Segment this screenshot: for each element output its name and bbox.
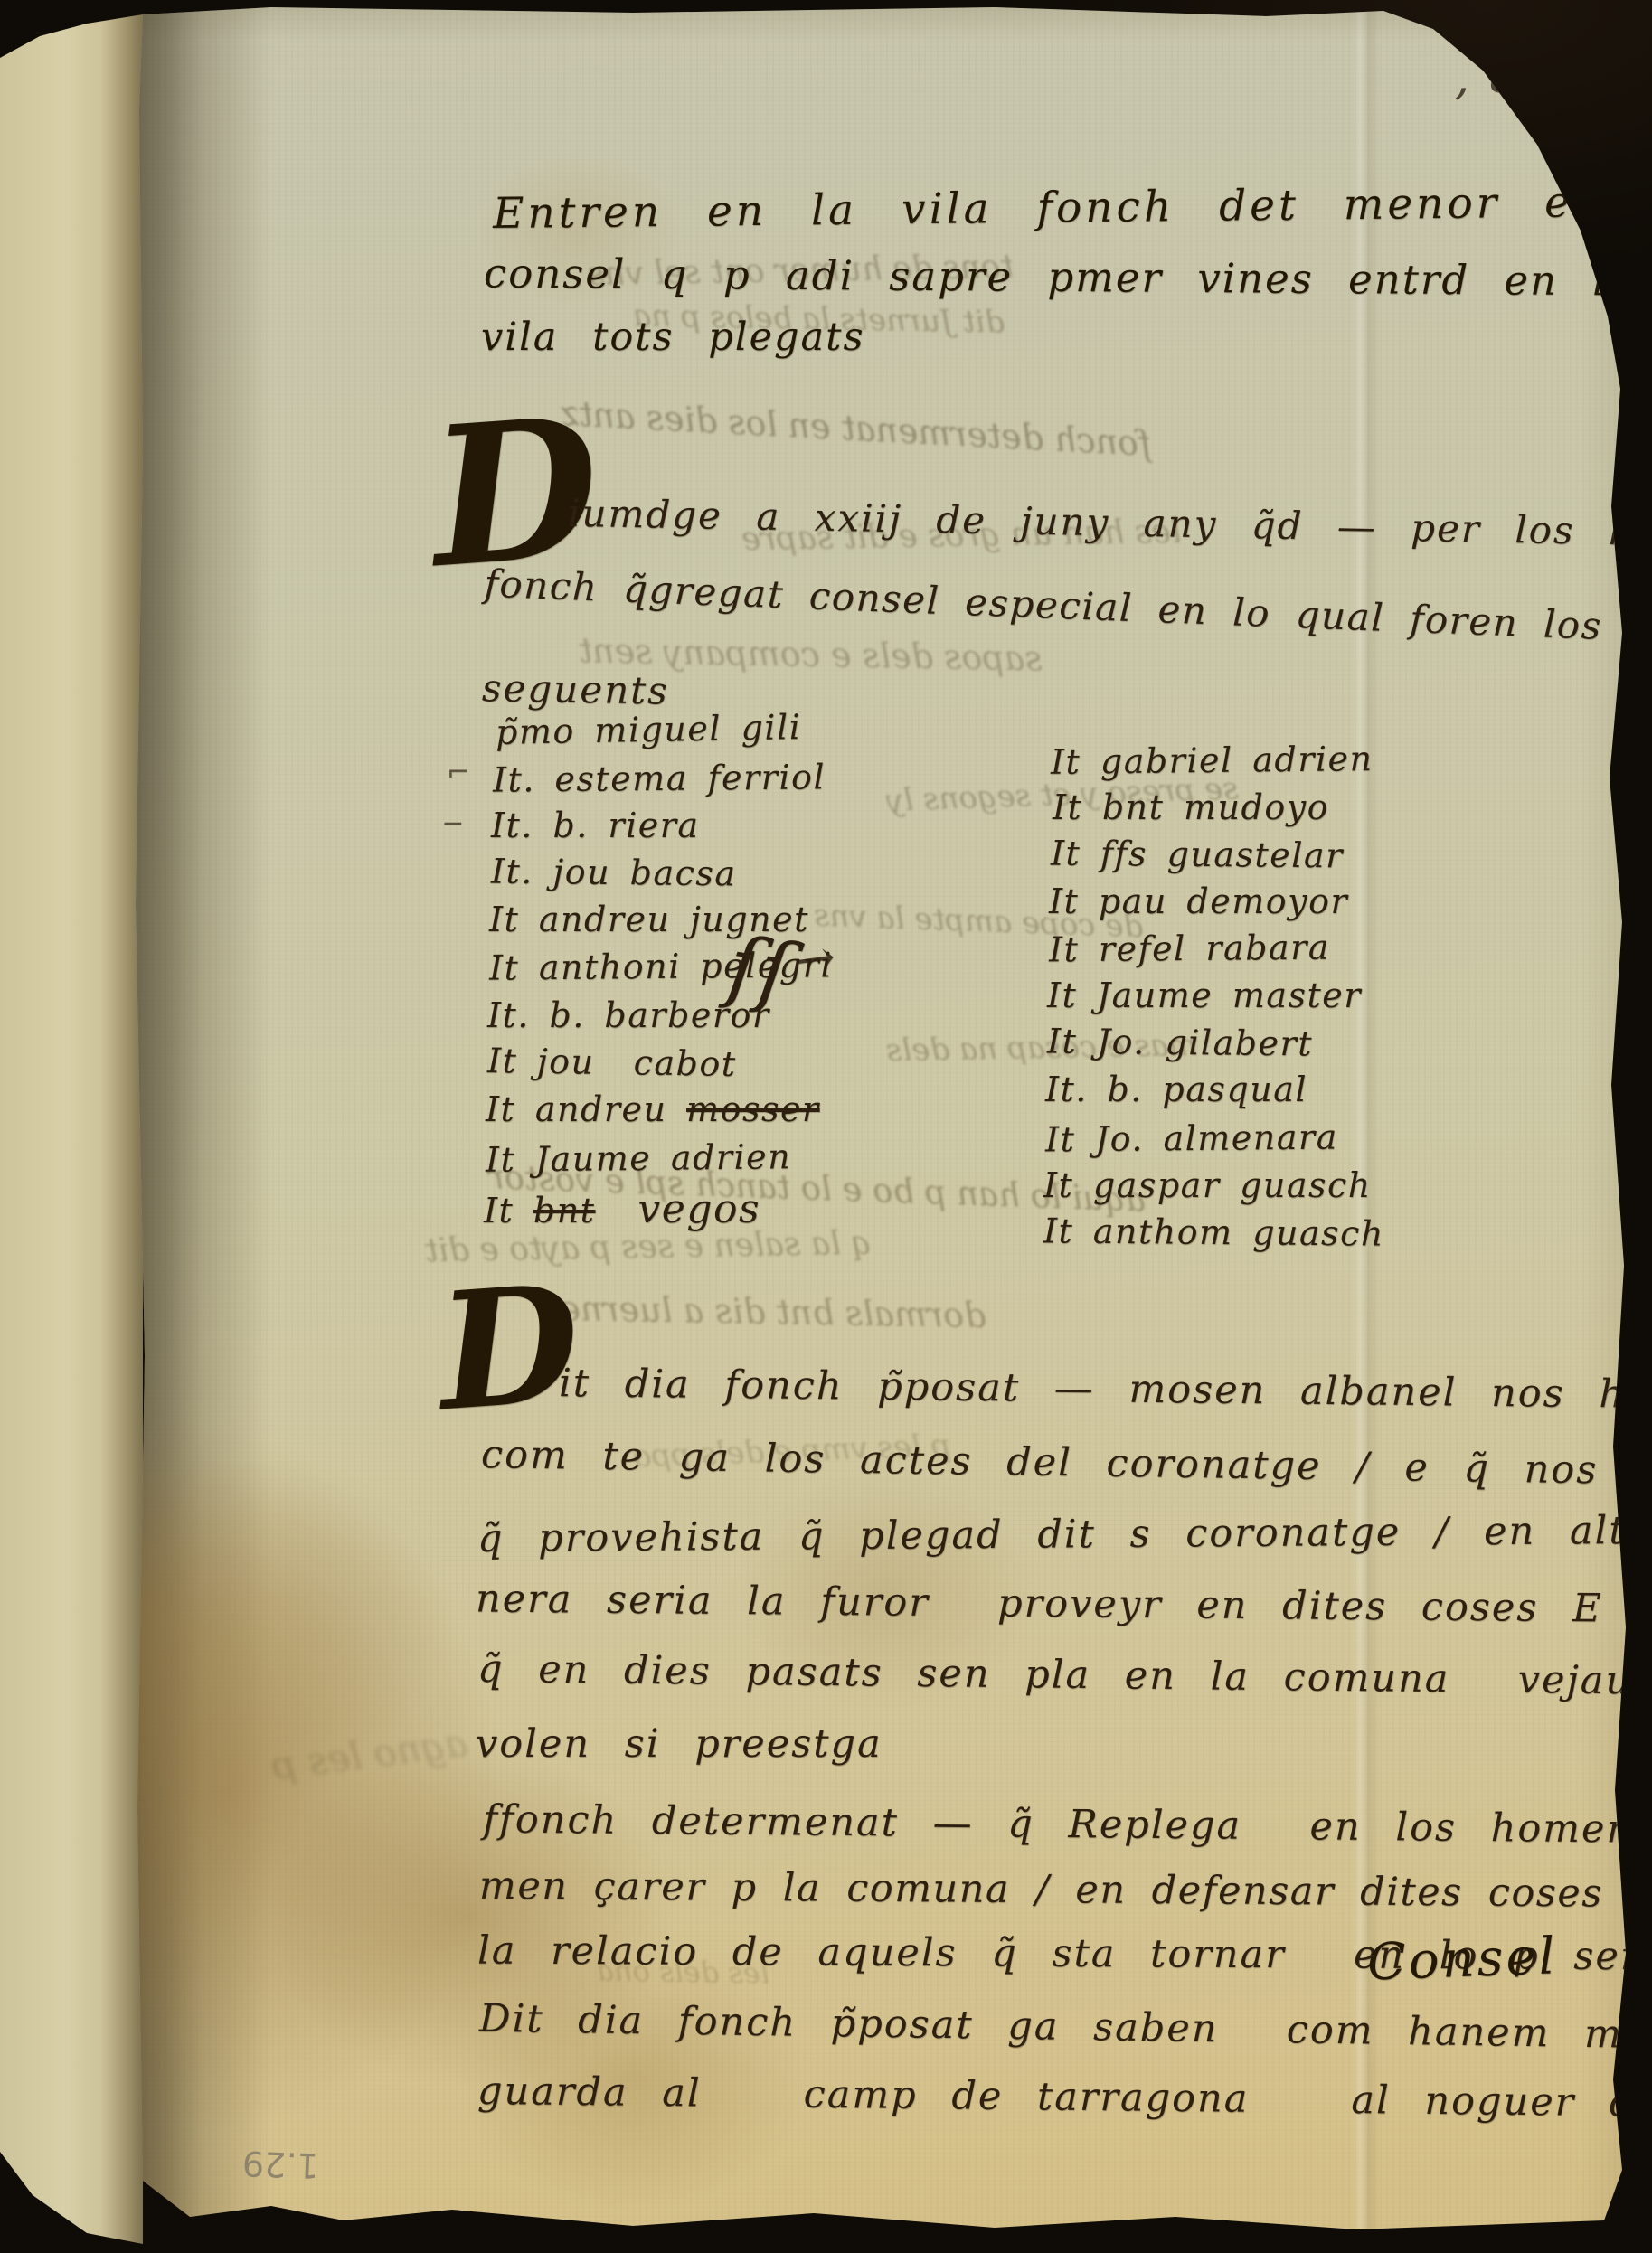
member-name: It. jou bacsa: [491, 852, 737, 894]
member-name: It. estema ferriol: [493, 757, 826, 799]
council-member: It Jo. almenara: [1045, 1120, 1338, 1157]
margin-mark: ⌐: [447, 759, 471, 787]
manuscript-line: Dit dia fonch p̃posat ga saben com hanem…: [479, 2000, 1652, 2057]
member-name: It anthom guasch: [1043, 1211, 1384, 1253]
member-name: It gabriel adrien: [1051, 739, 1374, 782]
member-name: It pau demoyor: [1049, 881, 1348, 921]
member-name: p̃mo miguel gili: [496, 707, 802, 752]
council-member: It. jou bacsa: [491, 854, 737, 891]
margin-mark: ‒: [443, 806, 464, 837]
member-name: It ffs guastelar: [1051, 834, 1344, 876]
council-member: It. b. pasqual: [1045, 1072, 1307, 1107]
council-member: It andreu mosser: [486, 1092, 820, 1126]
member-name: It: [484, 1191, 533, 1230]
manuscript-line: guarda al camp de tarragona al noguer dd…: [477, 2072, 1652, 2126]
member-name: It. b. pasqual: [1045, 1070, 1307, 1109]
manuscript-page: tons de humer ont sel vns dit Jurnets la…: [0, 0, 1652, 2253]
council-member: It gabriel adrien: [1051, 741, 1374, 779]
council-member: It refel rabara: [1049, 930, 1330, 967]
manuscript-line: it dia fonch p̃posat — mosen albanel nos…: [559, 1364, 1652, 1416]
council-member: It pau demoyor: [1049, 884, 1348, 919]
council-member: It Jo. gilabert: [1047, 1023, 1313, 1061]
previous-page-edge: [0, 0, 143, 2253]
council-member: It gaspar guasch: [1043, 1168, 1372, 1202]
member-name: It gaspar guasch: [1043, 1165, 1372, 1205]
bleed-through-text: agno les p: [269, 1724, 469, 1786]
member-name: It Jaume master: [1047, 976, 1362, 1015]
council-member: It Jaume adrien: [486, 1139, 791, 1177]
manuscript-line: Entren en la vila fonch det menor e mig: [493, 180, 1652, 235]
bleed-through-text: fonch determenat en los dies antz: [560, 396, 1152, 461]
member-name: It Jo. almenara: [1045, 1117, 1338, 1160]
arrow-mark: →: [793, 933, 840, 985]
flourish-mark: ſſ: [723, 926, 796, 1013]
council-member: It Jaume master: [1047, 978, 1362, 1013]
manuscript-line: consel q p adi sapre pmer vines entrd en…: [484, 253, 1634, 302]
council-member: It bnt mudoyo: [1053, 790, 1329, 825]
folio-number: , 869: [1453, 50, 1588, 101]
council-member: It anthom guasch: [1043, 1213, 1384, 1250]
member-name: It. b. riera: [491, 806, 700, 845]
manuscript-line: men çarer p la comuna / en defensar dite…: [479, 1867, 1652, 1915]
manuscript-line: q̃ en dies pasats sen pla en la comuna v…: [477, 1650, 1652, 1702]
member-name: It Jo. gilabert: [1047, 1021, 1313, 1063]
bleed-through-text: dormals bnt dis a luernes: [543, 1291, 986, 1334]
member-name: It bnt mudoyo: [1053, 787, 1329, 827]
struck-text: bnt: [533, 1191, 596, 1230]
council-member: It. estema ferriol: [493, 759, 826, 797]
member-name: It andreu: [486, 1089, 686, 1129]
council-member: It ffs guastelar: [1051, 836, 1344, 873]
council-member: p̃mo miguel gili: [496, 710, 802, 749]
consel-word: Consel: [1366, 1931, 1558, 1988]
manuscript-line: vila tots plegats: [481, 318, 865, 357]
member-name: It refel rabara: [1049, 928, 1330, 970]
member-name: It Jaume adrien: [486, 1136, 792, 1180]
manuscript-scan: { "folio": { "number": ", 869", "pencil_…: [0, 0, 1652, 2253]
council-member: It jou cabot: [487, 1043, 737, 1081]
manuscript-line: nera seria la furor proveyr en dites cos…: [476, 1580, 1652, 1631]
pencil-foliation: 1.29: [241, 2144, 319, 2186]
manuscript-line: q̃ provehista q̃ plegad dit s coronatge …: [477, 1511, 1652, 1559]
council-member: It. b. riera: [491, 808, 700, 843]
manuscript-line: seguents: [482, 669, 669, 711]
member-name: vegos: [595, 1186, 760, 1232]
member-name: It jou cabot: [487, 1041, 737, 1084]
manuscript-line: volen si preestga: [476, 1725, 883, 1764]
manuscript-line: com te ga los actes del coronatge / e q̃…: [481, 1436, 1652, 1493]
struck-text: mosser: [686, 1089, 820, 1129]
council-member: It bnt vegos: [484, 1190, 760, 1230]
manuscript-line: ffonch determenat — q̃ Replega en los ho…: [483, 1800, 1652, 1851]
